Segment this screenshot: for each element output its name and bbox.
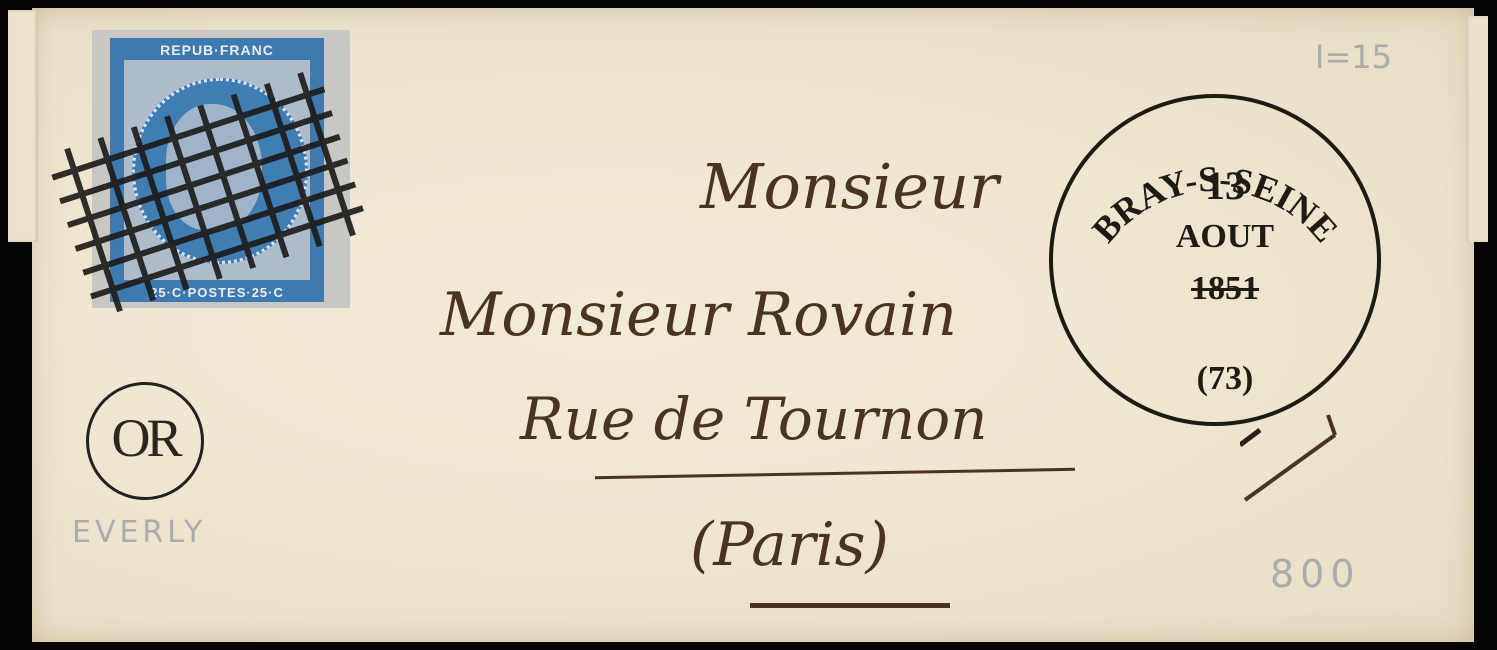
address-line-1: Monsieur	[700, 150, 999, 223]
cover-flap-left	[8, 10, 38, 242]
or-origine-rurale-mark: OR	[86, 382, 204, 500]
postmark-year: 1851	[1165, 270, 1285, 308]
postmark-month: AOUT	[1165, 218, 1285, 256]
manuscript-tax-mark-icon	[1240, 405, 1350, 505]
postmark-department: (73)	[1165, 360, 1285, 398]
address-line-2: Monsieur Rovain	[440, 280, 957, 350]
address-line-3: Rue de Tournon	[520, 385, 987, 453]
or-mark-text: OR	[89, 407, 201, 469]
pencil-note-bottom-right: 800	[1270, 552, 1361, 596]
grid-cancel-icon	[50, 70, 370, 330]
paris-underline	[750, 603, 950, 608]
address-line-4: (Paris)	[690, 510, 889, 580]
cover-flap-right	[1466, 16, 1488, 242]
stamp-top-inscription: REPUB·FRANC	[110, 42, 324, 58]
bray-sur-seine-postmark: BRAY-S-SEINE 13 AOUT 1851 (73)	[1045, 90, 1385, 430]
pencil-note-left: EVERLY	[72, 515, 206, 550]
pencil-note-top-right: I=15	[1315, 38, 1392, 76]
postmark-day: 13	[1165, 162, 1285, 209]
